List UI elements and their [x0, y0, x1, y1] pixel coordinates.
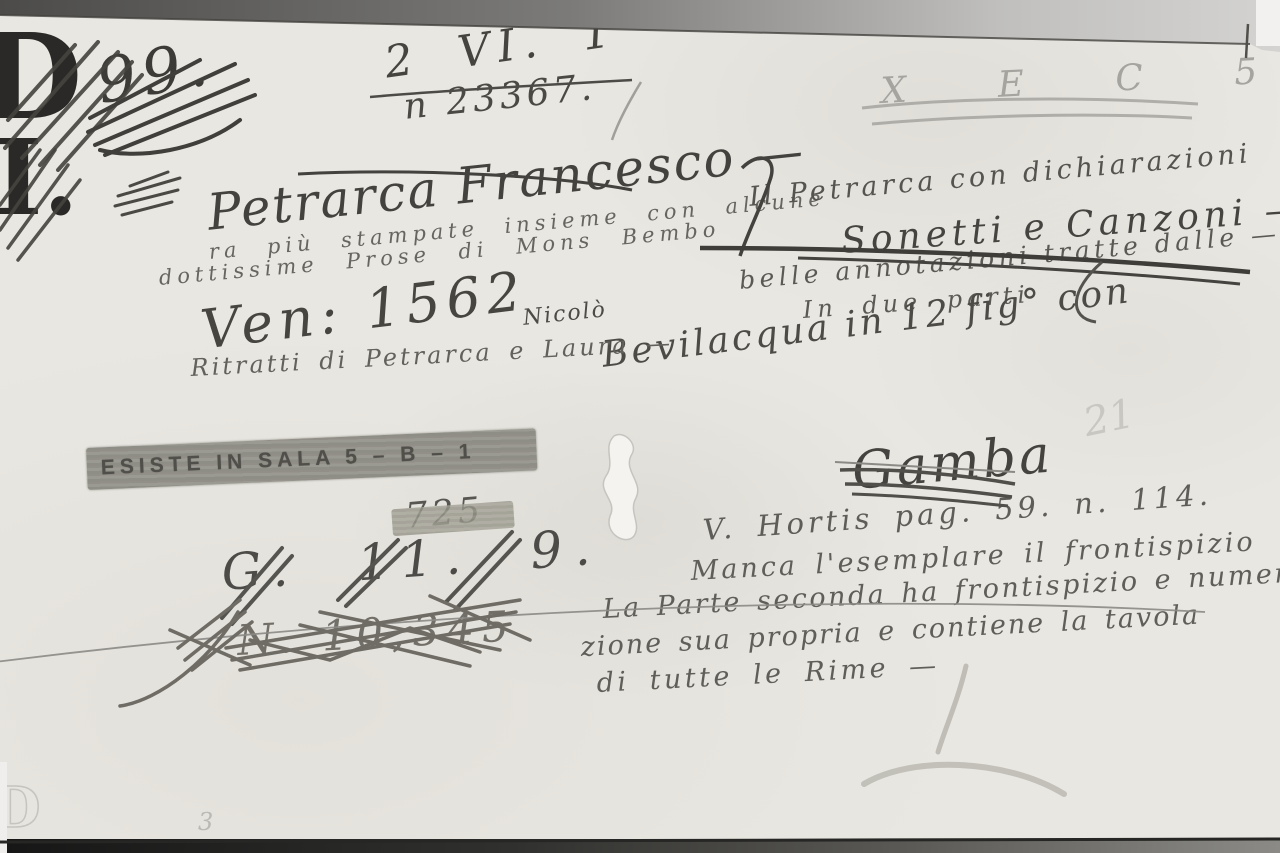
faint-pencil-number: 21 — [1080, 393, 1138, 443]
scan-bottom-band — [0, 839, 1280, 853]
imprint-printer-superscript: Nicolò — [522, 299, 608, 330]
old-number: 99. — [92, 32, 218, 113]
scanned-catalog-card: D I. 99. 2 VI. 1 n 23367. X E C 5 Petrar… — [0, 0, 1280, 853]
edge-letter-i: I. — [0, 126, 79, 230]
shelfmark-old: G. 11. 9. — [220, 521, 604, 597]
location-stamp-text: ESISTE IN SALA 5 – B – 1 — [86, 440, 475, 481]
pencil-note-cancelled: X E C 5 — [880, 52, 1280, 110]
reference-gamba-struck: Gamba — [850, 428, 1055, 497]
cancelled-number: N. 10,345 — [236, 605, 518, 662]
imprint-printer: Bevilacqua in 12 fig° con — [600, 273, 1133, 374]
location-stamp-cancelled: ESISTE IN SALA 5 – B – 1 — [86, 428, 537, 490]
scan-backing-top-right — [1256, 0, 1280, 46]
scan-backing-bottom-left — [0, 762, 7, 853]
paper-sheet: D I. 99. 2 VI. 1 n 23367. X E C 5 Petrar… — [0, 0, 1280, 853]
page-number-faint: 3 — [198, 810, 213, 834]
